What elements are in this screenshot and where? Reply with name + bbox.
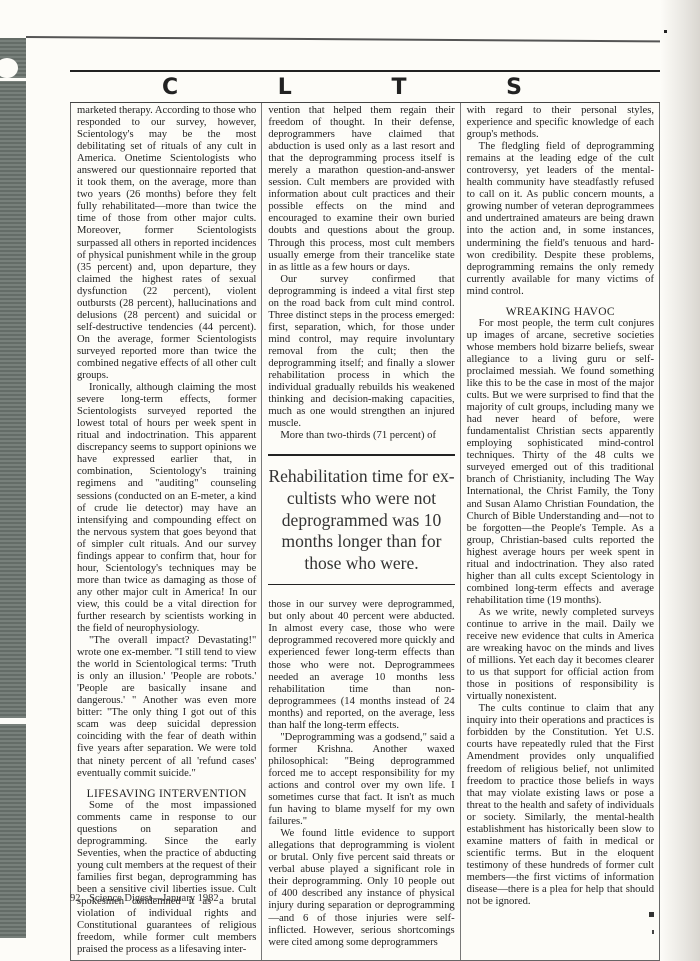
paragraph: "Deprogramming was a godsend," said a fo… [268,732,454,828]
paragraph: As we write, newly completed surveys con… [467,607,654,703]
pull-quote: Rehabilitation time for ex-cultists who … [268,454,454,585]
paragraph: Our survey confirmed that deprogramming … [268,274,454,431]
section-header: C L T S [70,70,660,103]
subheading-lifesaving-intervention: LIFESAVING INTERVENTION [77,788,256,800]
page-footer: 92 Science Digest—January 1982 [70,893,219,904]
magazine-page: C L T S marketed therapy. According to t… [70,70,660,961]
paragraph: "The overall impact? Devastating!" wrote… [77,635,256,780]
paragraph: For most people, the term cult conjures … [467,318,654,607]
strip-gap [0,78,26,81]
subheading-wreaking-havoc: WREAKING HAVOC [467,306,654,318]
paragraph: marketed therapy. According to those who… [77,105,256,382]
binder-edge [0,38,26,938]
paragraph: We found little evidence to support alle… [268,828,454,948]
paragraph: vention that helped them regain their fr… [268,105,454,274]
column-1: marketed therapy. According to those who… [71,103,261,960]
page-top-edge [26,36,676,43]
column-3: with regard to their personal styles, ex… [461,103,659,960]
end-of-article-mark [649,912,654,917]
paragraph: with regard to their personal styles, ex… [467,105,654,141]
column-2: vention that helped them regain their fr… [261,103,460,960]
speck [664,30,667,33]
paragraph: those in our survey were deprogrammed, b… [268,599,454,732]
paragraph: Ironically, although claiming the most s… [77,382,256,635]
strip-gap [0,718,26,724]
publication-credit: Science Digest—January 1982 [89,893,218,904]
paragraph: More than two-thirds (71 percent) of [268,430,454,442]
page-shadow-edge [660,0,700,961]
punch-hole [0,58,18,78]
page-number: 92 [70,893,81,904]
paragraph: The fledgling field of deprogramming rem… [467,141,654,298]
section-title: C L T S [70,75,660,100]
paragraph: Some of the most impassioned comments ca… [77,800,256,957]
article-body: marketed therapy. According to those who… [70,103,660,961]
paragraph: The cults continue to claim that any inq… [467,703,654,908]
